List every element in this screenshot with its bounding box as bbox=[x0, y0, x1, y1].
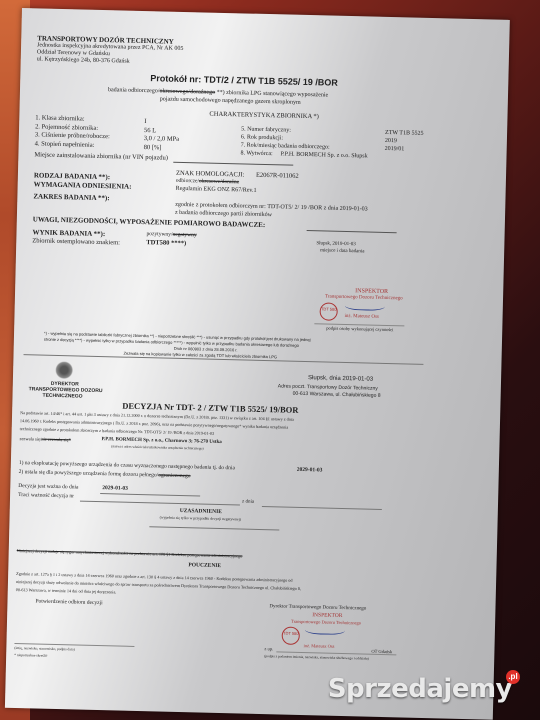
test-type-strike: okresowe/doraźne bbox=[199, 178, 239, 185]
approval-value: E2067R-011062 bbox=[256, 172, 299, 180]
char-value: I bbox=[144, 118, 146, 125]
char-value: 56 L bbox=[144, 127, 156, 134]
valid-line bbox=[100, 493, 200, 496]
org-line3: ul. Kętrzyńskiego 24b, 80-376 Gdańsk bbox=[37, 56, 130, 64]
inspector1-caption: podpis osoby wykonującej czynności bbox=[326, 326, 393, 333]
director-line3: TECHNICZNEGO bbox=[42, 393, 82, 400]
stamp-label: Zbiornik ostemplowano znakiem: bbox=[32, 237, 120, 246]
grant-label: zezwala się/ bbox=[19, 436, 41, 442]
char-label: 1. Klasa zbiornika: bbox=[35, 114, 84, 122]
lose-date-line bbox=[262, 506, 382, 510]
char-label: 6. Rok produkcji: bbox=[241, 134, 283, 141]
justification-line bbox=[149, 526, 279, 530]
valid-label: Decyzja jest ważna do dnia bbox=[18, 483, 78, 490]
eagle-emblem-icon bbox=[55, 361, 73, 379]
char-label: 3. Ciśnienie próbne/robocze: bbox=[35, 131, 110, 140]
inspector1-stamp: TDT 580 bbox=[319, 302, 337, 320]
char-label: 8. Wytwórca: bbox=[240, 150, 272, 157]
justification-heading: UZASADNIENIE bbox=[180, 508, 222, 515]
result-strike: negatywny bbox=[172, 232, 196, 239]
protocol-sub-strike: okresowego/doraźnego bbox=[159, 88, 215, 95]
install-line bbox=[173, 162, 293, 166]
decision-item2: 2) ustala się dla powyższego urządzenia … bbox=[19, 469, 159, 478]
inspector2-title: INSPEKTOR bbox=[312, 612, 342, 619]
decision-para3: technicznego zgodnie z protokołem zbiorc… bbox=[20, 426, 215, 436]
justification-caption: (wypełnia się tylko w przypadku decyzji … bbox=[160, 516, 241, 522]
lose-label: Traci ważność decyzja nr bbox=[18, 492, 74, 499]
char-value: 80 [%] bbox=[144, 144, 162, 151]
result-value: pozytywny/ bbox=[146, 231, 172, 238]
characteristics-heading: CHARAKTERYSTYKA ZBIORNIKA *) bbox=[209, 111, 319, 121]
sprzedajemy-watermark: Sprzedajemy bbox=[328, 674, 512, 704]
char-label: 2. Pojemność zbiornika: bbox=[35, 123, 98, 132]
document-page: TRANSPORTOWY DOZÓR TECHNICZNY Jednostka … bbox=[5, 8, 510, 720]
protocol-subtitle: badania odbiorczego/okresowego/doraźnego… bbox=[108, 87, 328, 98]
stamp-value: TDT580 ****) bbox=[146, 239, 186, 247]
instruction-line3: 00-613 Warszawa, w terminie 14 dni od dn… bbox=[16, 587, 117, 594]
inspector2-zup: z up. bbox=[264, 646, 273, 651]
inspector2-signature bbox=[305, 623, 345, 635]
char-value: 3,0 / 2,0 MPa bbox=[144, 135, 179, 143]
scope-label: ZAKRES BADANIA **): bbox=[33, 192, 109, 202]
char-value: 2019/01 bbox=[385, 146, 405, 152]
scope-line2: z badania odbiorczego partii zbiorników bbox=[175, 210, 272, 218]
char-value: ZTW T1B 5525 bbox=[385, 130, 424, 137]
rygor-text: Niniejszej decyzji nadaje się rygor naty… bbox=[17, 548, 243, 559]
characteristics-left bbox=[22, 8, 510, 20]
director-place: Słupsk, dnia 2019-01-03 bbox=[308, 375, 373, 383]
characteristics-right bbox=[22, 8, 510, 20]
valid-value: 2029-01-03 bbox=[102, 485, 128, 492]
char-label: 4. Stopień napełnienia: bbox=[35, 140, 95, 148]
inspector1-signature bbox=[345, 299, 385, 311]
receipt-caption1: (imię, nazwisko, stanowisko, podpis data… bbox=[14, 646, 74, 651]
char-label: 7. Rok/miesiąc badania odbiorczego: bbox=[241, 142, 330, 150]
watermark-pl-badge: .pl bbox=[506, 670, 520, 684]
char-value: 2019 bbox=[385, 138, 397, 144]
receipt-label: Potwierdzenie odbioru decyzji bbox=[35, 599, 102, 607]
lose-date-label: z dnia bbox=[242, 500, 254, 505]
requirements-value: Regulamin EKG ONZ R67/Rev.1 bbox=[176, 186, 257, 194]
director-addr2: 00-613 Warszawa, ul. Chałubińskiego 8 bbox=[293, 391, 381, 399]
inspector2-caption: (podpis z podaniem imienia, nazwiska, st… bbox=[264, 654, 369, 661]
char-label: 5. Numer fabryczny: bbox=[241, 126, 291, 133]
inspector2-stamp: TDT 580 bbox=[282, 627, 300, 645]
install-label: Miejsce zainstalowania zbiornika (nr VIN… bbox=[34, 151, 168, 161]
receipt-caption2: * niepotrzebne skreślić bbox=[14, 653, 47, 658]
place-date: Słupsk, 2019-01-03 bbox=[316, 241, 356, 247]
protocol-subtitle-2: pojazdu samochodowego napędzanego gazem … bbox=[160, 96, 301, 105]
remarks-label: UWAGI, NIEZGODNOŚCI, WYPOSAŻENIE POMIARO… bbox=[33, 215, 266, 229]
grant-strike: nie zezwala się* bbox=[41, 437, 71, 443]
char-value: P.P.H. BORMECH Sp. z o.o. Słupsk bbox=[280, 151, 367, 159]
protocol-sub-a: badania odbiorczego/ bbox=[108, 87, 160, 94]
protocol-title: Protokół nr: TDT/2 / ZTW T1B 5525/ 19 /B… bbox=[150, 73, 338, 88]
inspector2-director: Dyrektor Transportowego Dozoru Techniczn… bbox=[269, 604, 366, 611]
lose-line bbox=[80, 501, 240, 506]
decision-item2-strike: ograniczonego bbox=[158, 472, 191, 479]
inspector2-office: OT Gdańsk bbox=[371, 649, 392, 655]
company-caption: (nazwa i adres właściciela/użytkownika u… bbox=[111, 444, 203, 450]
requirements-label: WYMAGANIA ODNIESIENIA: bbox=[34, 180, 132, 190]
instruction-heading: POUCZENIE bbox=[188, 562, 221, 569]
inspector2-name: inż. Mateusz Oss bbox=[303, 643, 334, 649]
place-date-caption: miejsce i data badania bbox=[320, 248, 364, 254]
decision-item1-date: 2029-01-03 bbox=[297, 467, 323, 474]
test-type-value: odbiorcze/ bbox=[176, 178, 199, 185]
inspector1-name: inż. Mateusz Oss bbox=[344, 314, 378, 320]
remarks-line bbox=[307, 230, 397, 233]
inspector1-title: INSPEKTOR bbox=[355, 288, 388, 295]
